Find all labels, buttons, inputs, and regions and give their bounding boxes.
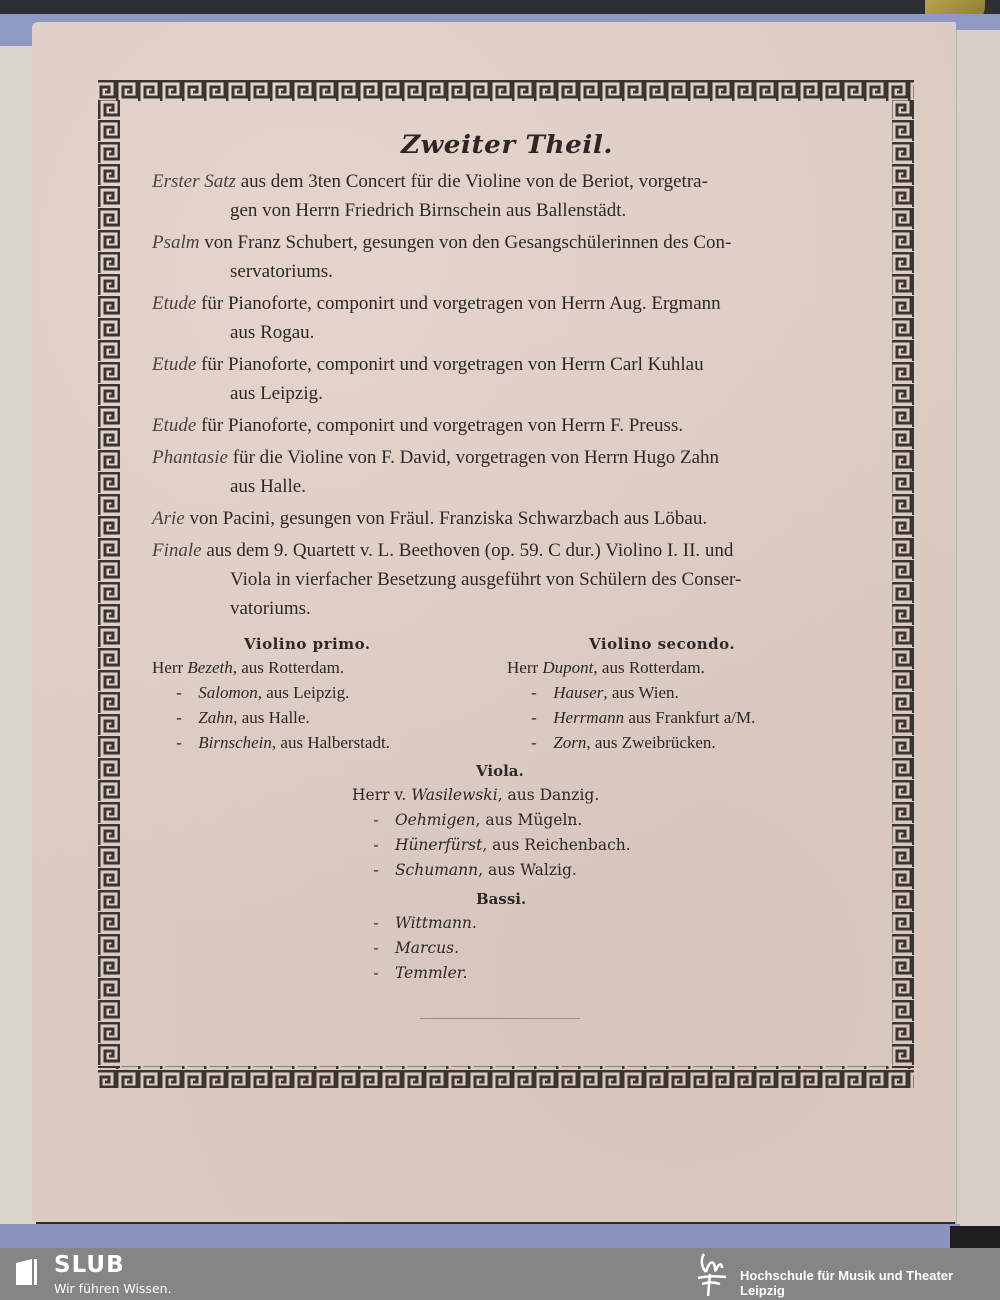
program-item: Finale aus dem 9. Quartett v. L. Beethov… — [152, 536, 862, 623]
member-row: - Oehmigen, aus Mügeln. — [352, 808, 862, 833]
program-item: Phantasie für die Violine von F. David, … — [152, 443, 862, 501]
section-heading: Violino primo. — [152, 633, 507, 655]
member-row: - Schumann, aus Walzig. — [352, 858, 862, 883]
member-row: - Herrmann aus Frankfurt a/M. — [507, 705, 862, 730]
work-title: Arie — [152, 508, 185, 529]
section-heading: Bassi. — [352, 887, 862, 911]
member-row: - Hauser, aus Wien. — [507, 680, 862, 705]
member-row: Herr v. Wasilewski, aus Danzig. — [352, 783, 862, 808]
violin-sections: Violino primo. Herr Bezeth, aus Rotterda… — [152, 633, 862, 755]
work-title: Etude — [152, 293, 196, 314]
work-title: Etude — [152, 415, 196, 436]
section-heading: Viola. — [352, 759, 862, 783]
member-row: Herr Bezeth, aus Rotterdam. — [152, 655, 507, 680]
program-item: Etude für Pianoforte, componirt und vorg… — [152, 350, 862, 408]
program-item: Etude für Pianoforte, componirt und vorg… — [152, 289, 862, 347]
program-content: Zweiter Theil. Erster Satz aus dem 3ten … — [152, 130, 862, 986]
member-row: - Marcus. — [352, 936, 862, 961]
member-row: - Temmler. — [352, 961, 862, 986]
member-row: - Zorn, aus Zweibrücken. — [507, 730, 862, 755]
member-row: - Birnschein, aus Halberstadt. — [152, 730, 507, 755]
viola-bassi-sections: Viola. Herr v. Wasilewski, aus Danzig. -… — [152, 759, 862, 986]
page-title: Zweiter Theil. — [134, 130, 880, 159]
hmt-monogram-icon — [692, 1250, 732, 1298]
work-title: Phantasie — [152, 447, 228, 468]
slub-logo-text[interactable]: SLUB — [54, 1252, 125, 1278]
member-row: - Zahn, aus Halle. — [152, 705, 507, 730]
program-item: Arie von Pacini, gesungen von Fräul. Fra… — [152, 504, 862, 533]
viewer-footer: SLUB Wir führen Wissen. Hochschule für M… — [0, 1248, 1000, 1300]
program-item: Erster Satz aus dem 3ten Concert für die… — [152, 167, 862, 225]
member-row: Herr Dupont, aus Rotterdam. — [507, 655, 862, 680]
closing-rule — [420, 1018, 580, 1019]
member-row: - Salomon, aus Leipzig. — [152, 680, 507, 705]
section-heading: Violino secondo. — [507, 633, 862, 655]
work-title: Psalm — [152, 232, 200, 253]
member-row: - Wittmann. — [352, 911, 862, 936]
hmt-logo-text[interactable]: Hochschule für Musik und Theater Leipzig — [740, 1268, 1000, 1298]
work-title: Etude — [152, 354, 196, 375]
violino-secondo-section: Violino secondo. Herr Dupont, aus Rotter… — [507, 633, 862, 755]
work-title: Erster Satz — [152, 171, 236, 192]
slub-book-icon — [14, 1257, 40, 1287]
violino-primo-section: Violino primo. Herr Bezeth, aus Rotterda… — [152, 633, 507, 755]
work-title: Finale — [152, 540, 202, 561]
slub-tagline: Wir führen Wissen. — [54, 1281, 172, 1296]
member-row: - Hünerfürst, aus Reichenbach. — [352, 833, 862, 858]
program-item: Psalm von Franz Schubert, gesungen von d… — [152, 228, 862, 286]
program-item: Etude für Pianoforte, componirt und vorg… — [152, 411, 862, 440]
